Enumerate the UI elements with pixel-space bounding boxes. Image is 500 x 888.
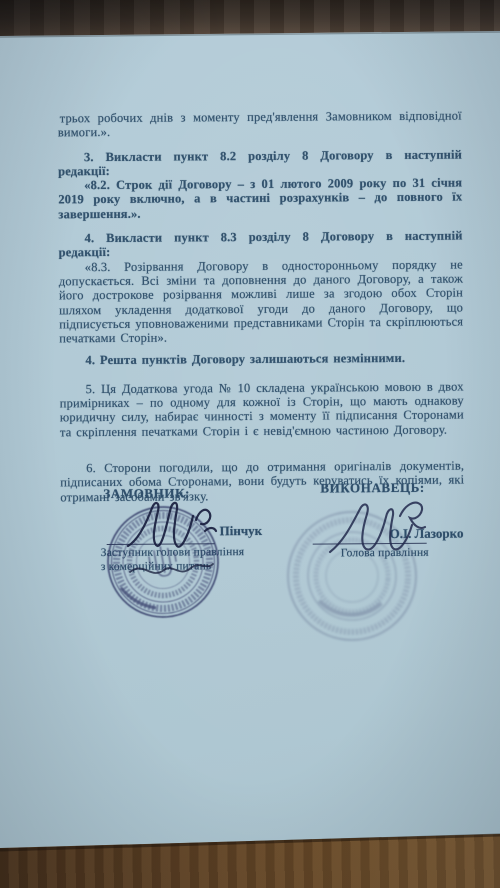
customer-signature-line — [107, 543, 215, 545]
photo-of-document: трьох робочих днів з моменту пред'явленн… — [0, 0, 500, 888]
contractor-name: О.І. Лазорко — [390, 526, 464, 543]
signature-area: ЗАМОВНИК: ВИКОНАВЕЦЬ: Пінчук О.І. Лазорк… — [0, 0, 500, 888]
document-page: трьох робочих днів з моменту пред'явленн… — [0, 0, 500, 888]
document-content: трьох робочих днів з моменту пред'явленн… — [0, 0, 500, 888]
customer-title-line2: з комерційних питань — [101, 560, 212, 573]
customer-title-line1: Заступник голови правління — [101, 546, 245, 559]
contractor-title: Голова правління — [341, 547, 429, 560]
customer-label: ЗАМОВНИК: — [103, 485, 190, 502]
contractor-label: ВИКОНАВЕЦЬ: — [320, 480, 425, 497]
customer-name: Пінчук — [220, 523, 263, 539]
contractor-signature-line — [313, 543, 427, 545]
